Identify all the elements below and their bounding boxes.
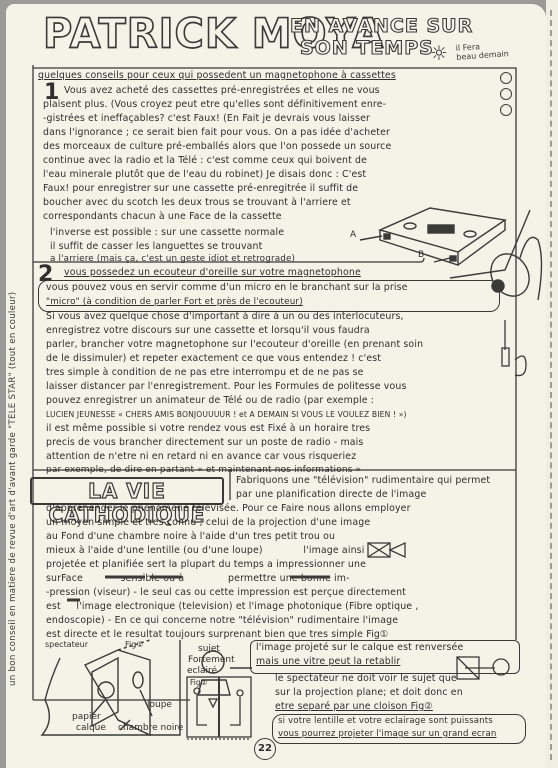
tip1-inverse-line: a l'arriere (mais ça, c'est un geste idi… [50, 252, 295, 266]
fig1-label-lens: loupe [147, 700, 172, 710]
tv-side-line: par une planification directe de l'image [236, 488, 426, 502]
spectator-line: sur la projection plane; et doit donc en [275, 686, 463, 700]
tip1-line: dans l'ignorance ; ce serait bien fait p… [43, 126, 390, 140]
tip1-line: -gistrées et ineffaçables? c'est Faux! (… [43, 112, 370, 126]
tip2-line: enregistrez votre discours sur une casse… [46, 324, 370, 338]
fig2-label: Fig② [190, 678, 207, 688]
fig1-label-paper: calque [76, 723, 106, 733]
mirror-diagram [455, 655, 515, 685]
tip1-line: Faux! pour enregistrer sur une cassette … [43, 182, 358, 196]
tip2-line: laisser distancer par l'enregistrement. … [46, 380, 407, 394]
tip2-line: il est même possible si votre rendez vou… [46, 422, 370, 436]
tip2-line: parler, brancher votre magnetophone sur … [46, 338, 423, 352]
cassette-label-a: A [350, 230, 356, 240]
tip1-line: l'eau minerale plutôt que de l'eau du ro… [43, 168, 366, 182]
spectator-line: le spectateur ne doit voir le sujet que [275, 672, 457, 686]
fig1-label-darkroom: chambre noire [118, 723, 183, 733]
final-callout-line: vous pourrez projeter l'image sur un gra… [278, 727, 496, 741]
note-line: mais une vitre peut la retablir [256, 655, 400, 669]
tip1-line: Vous avez acheté des cassettes pré-enreg… [64, 84, 380, 98]
tip2-callout-line: vous pouvez vous en servir comme d'un mi… [46, 281, 408, 295]
tip1-inverse-line: l'inverse est possible : sur une cassett… [50, 226, 284, 240]
swirl-icon [500, 72, 512, 84]
tip2-callout-line: "micro" (à condition de parler Fort et p… [46, 295, 303, 309]
intro-heading: quelques conseils pour ceux qui posseden… [38, 69, 396, 83]
tip1-line: continue avec la radio et la Télé : c'es… [43, 154, 367, 168]
fig1-label-subject: Fortement [188, 655, 235, 665]
fig1-label-fig: Fig① [125, 640, 144, 650]
tip2-line: tres simple à condition de ne pas etre i… [46, 366, 364, 380]
tip2-line: pouvez enregistrer un animateur de Télé … [46, 394, 374, 408]
tip1-line: correspondants chacun à une Face de la c… [43, 210, 282, 224]
tv-line: un moyen simple et tres connu ; celui de… [46, 516, 370, 530]
fig1-label-subject: sujet [198, 644, 220, 654]
tip2-line: de le dissimuler) et repeter exactement … [46, 352, 381, 366]
tip2-line: Si vous avez quelque chose d'important à… [46, 310, 404, 324]
fig1-label-spectator: spectateur [45, 640, 88, 650]
tv-line: d'apprehender le phenomene télévisée. Po… [46, 502, 411, 516]
swirl-icon [500, 104, 512, 116]
tip1-line: des morceaux de culture pré-emballés alo… [43, 140, 391, 154]
tip2-line: precis de vous brancher directement sur … [46, 436, 363, 450]
lens-and-scribbles [0, 540, 558, 640]
tip2-heading: vous possedez un ecouteur d'oreille sur … [64, 266, 361, 280]
ear-drawing [500, 320, 530, 380]
page-number: 22 [254, 738, 276, 760]
cassette-label-b: B [418, 250, 424, 260]
tv-section-heading: LA VIE CATHODIQUE [30, 477, 224, 505]
fig1-label-paper: papier [72, 712, 101, 722]
note-line: l'image projeté sur le calque est renver… [256, 641, 463, 655]
tip1-line: boucher avec du scotch les deux trous se… [43, 196, 351, 210]
swirl-icon [500, 88, 512, 100]
tip2-line: LUCIEN JEUNESSE « CHERS AMIS BONJOUUUUR … [46, 408, 407, 422]
tip1-line: plaisent plus. (Vous croyez peut etre qu… [43, 98, 386, 112]
spectator-line: etre separé par une cloison Fig② [275, 700, 433, 714]
tv-side-line: Fabriquons une "télévision" rudimentaire… [236, 474, 490, 488]
